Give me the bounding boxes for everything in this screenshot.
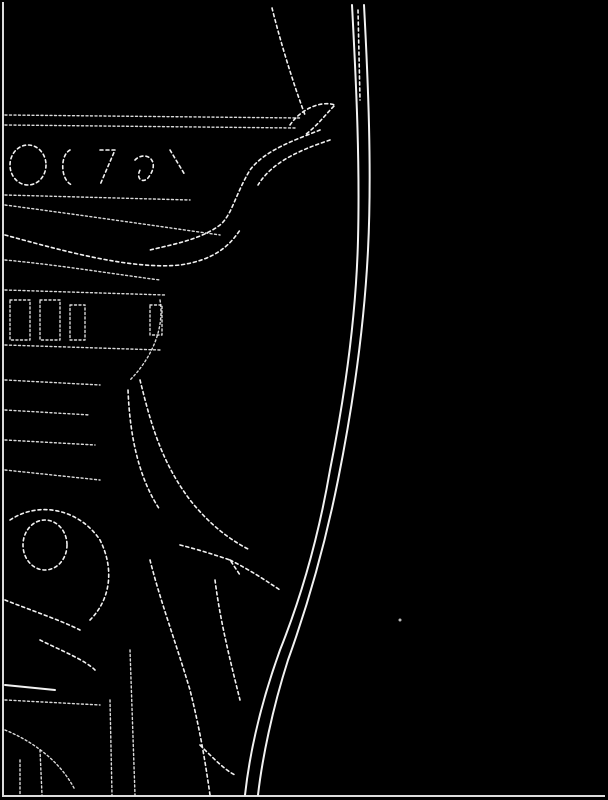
edge-image: [0, 0, 608, 800]
handle-curve: [128, 130, 330, 550]
speck: [399, 619, 402, 622]
bowl-underside: [5, 230, 240, 266]
urn-collar: [5, 290, 165, 380]
urn-foot: [110, 545, 280, 795]
vertical-rod: [245, 5, 370, 795]
urn-lower-body: [5, 380, 109, 795]
band-ornaments: [10, 145, 185, 185]
top-diagonal: [272, 8, 305, 115]
urn-edge-drawing: [0, 0, 608, 800]
urn-rim: [5, 115, 300, 235]
handle-ornament: [290, 104, 335, 135]
bowl-band: [5, 260, 160, 280]
